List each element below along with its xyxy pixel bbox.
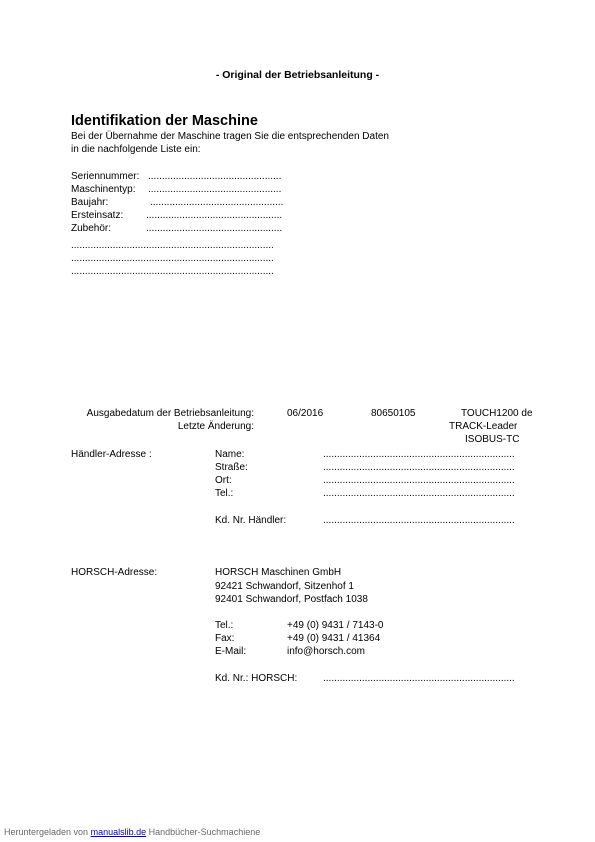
horsch-email-value[interactable]: info@horsch.com [287,645,365,658]
dealer-street-blank[interactable]: ........................................… [323,461,537,474]
product-line-3: ISOBUS-TC [465,433,519,446]
field-blank[interactable]: ........................................… [150,196,300,209]
blank-line-dots[interactable]: ........................................… [71,265,298,278]
product-line-2: TRACK-Leader [449,420,517,433]
horsch-fax-label: Fax: [215,632,234,645]
footer-suffix: Handbücher-Suchmachiene [149,827,261,837]
machine-fields: Seriennummer: ..........................… [71,170,311,278]
horsch-address-1: 92421 Schwandorf, Sitzenhof 1 [215,580,354,593]
dealer-address-title: Händler-Adresse : [71,448,152,461]
horsch-email-label: E-Mail: [215,645,246,658]
page-title: Identifikation der Maschine [71,113,258,130]
dealer-customer-nr-blank[interactable]: ........................................… [323,514,537,527]
blank-line[interactable]: ........................................… [71,265,311,278]
issue-date: 06/2016 [287,407,323,420]
dealer-name-blank[interactable]: ........................................… [323,448,537,461]
horsch-address-2: 92401 Schwandorf, Postfach 1038 [215,593,368,606]
dealer-name-label: Name: [215,448,244,461]
dealer-customer-nr-label: Kd. Nr. Händler: [215,514,286,527]
field-maschinentyp[interactable]: Maschinentyp: ..........................… [71,183,311,196]
field-label: Zubehör: [71,222,111,235]
field-label: Seriennummer: [71,170,139,183]
document-number: 80650105 [371,407,416,420]
blank-line-dots[interactable]: ........................................… [71,239,298,252]
dealer-city-label: Ort: [215,474,232,487]
horsch-tel-value: +49 (0) 9431 / 7143-0 [287,619,383,632]
blank-line[interactable]: ........................................… [71,252,311,265]
blank-line-dots[interactable]: ........................................… [71,252,298,265]
field-zubehoer[interactable]: Zubehör: ...............................… [71,222,311,235]
field-baujahr[interactable]: Baujahr: ...............................… [71,196,311,209]
manualslib-link[interactable]: manualslib.de [91,827,147,837]
horsch-customer-nr-label: Kd. Nr.: HORSCH: [215,672,297,685]
field-ersteinsatz[interactable]: Ersteinsatz: ...........................… [71,209,311,222]
horsch-fax-value: +49 (0) 9431 / 41364 [287,632,380,645]
field-blank[interactable]: ........................................… [148,170,298,183]
field-blank[interactable]: ........................................… [148,183,298,196]
horsch-address-title: HORSCH-Adresse: [71,566,157,579]
field-blank[interactable]: ........................................… [146,222,300,235]
intro-text: Bei der Übernahme der Maschine tragen Si… [71,130,389,156]
document-subtitle: - Original der Betriebsanleitung - [0,69,595,82]
last-change-label: Letzte Änderung: [178,420,254,433]
field-label: Baujahr: [71,196,108,209]
field-seriennummer[interactable]: Seriennummer: ..........................… [71,170,311,183]
product-line-1: TOUCH1200 de [461,407,533,420]
dealer-phone-blank[interactable]: ........................................… [323,487,537,500]
field-blank[interactable]: ........................................… [146,209,300,222]
footer-prefix: Heruntergeladen von [4,827,88,837]
horsch-customer-nr-blank[interactable]: ........................................… [323,672,537,685]
horsch-company: HORSCH Maschinen GmbH [215,566,341,579]
blank-line[interactable]: ........................................… [71,239,311,252]
intro-line-2: in die nachfolgende Liste ein: [71,143,389,156]
field-label: Ersteinsatz: [71,209,123,222]
issue-date-label: Ausgabedatum der Betriebsanleitung: [87,407,254,420]
dealer-phone-label: Tel.: [215,487,233,500]
horsch-tel-label: Tel.: [215,619,233,632]
dealer-street-label: Straße: [215,461,248,474]
field-label: Maschinentyp: [71,183,135,196]
dealer-city-blank[interactable]: ........................................… [323,474,537,487]
intro-line-1: Bei der Übernahme der Maschine tragen Si… [71,130,389,143]
download-footer: Heruntergeladen von manualslib.de Handbü… [4,826,260,838]
